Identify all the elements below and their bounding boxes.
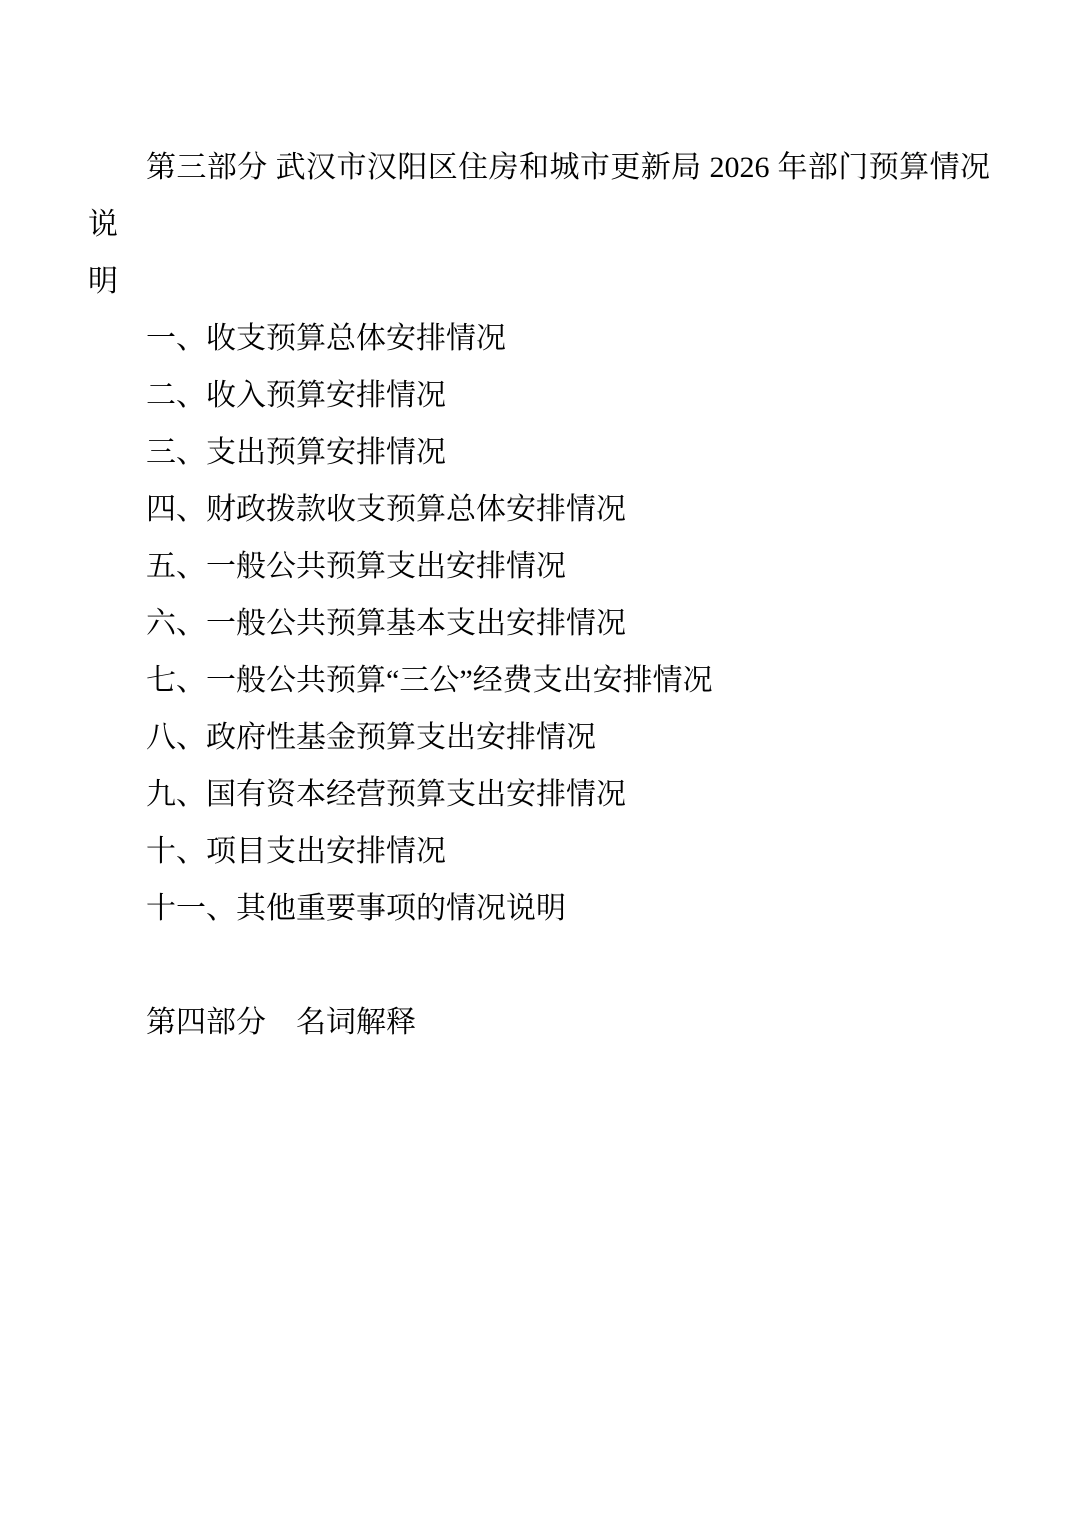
toc-item-1: 一、收支预算总体安排情况 [88,310,990,367]
toc-item-7: 七、一般公共预算“三公”经费支出安排情况 [88,652,990,709]
toc-item-10: 十、项目支出安排情况 [88,823,990,880]
document-page: 第三部分 武汉市汉阳区住房和城市更新局 2026 年部门预算情况说 明 一、收支… [0,0,1075,1520]
section3-title-paragraph: 第三部分 武汉市汉阳区住房和城市更新局 2026 年部门预算情况说 明 [88,139,990,310]
toc-item-6: 六、一般公共预算基本支出安排情况 [88,595,990,652]
toc-item-8: 八、政府性基金预算支出安排情况 [88,709,990,766]
toc-item-2: 二、收入预算安排情况 [88,367,990,424]
toc-item-5: 五、一般公共预算支出安排情况 [88,538,990,595]
toc-item-11: 十一、其他重要事项的情况说明 [88,880,990,937]
section4-heading: 第四部分 名词解释 [88,994,990,1051]
toc-item-3: 三、支出预算安排情况 [88,424,990,481]
toc-item-4: 四、财政拨款收支预算总体安排情况 [88,481,990,538]
document-content: 第三部分 武汉市汉阳区住房和城市更新局 2026 年部门预算情况说 明 一、收支… [88,139,990,1051]
toc-item-9: 九、国有资本经营预算支出安排情况 [88,766,990,823]
blank-line-spacer [88,937,990,994]
